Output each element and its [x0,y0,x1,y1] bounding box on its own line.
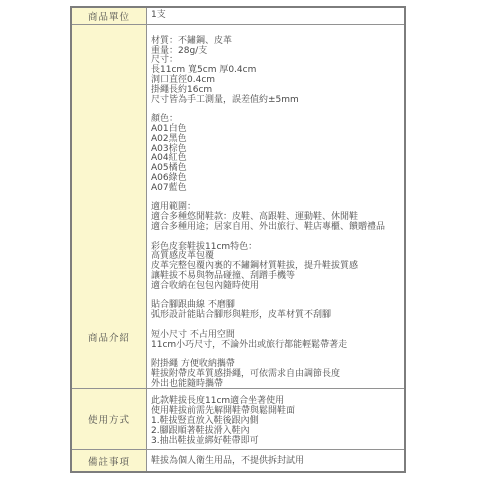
row-label-unit: 商品單位 [72,8,147,25]
row-content-unit: 1支 [147,8,404,25]
section-label: 備註事項 [88,454,130,468]
text-line [151,105,404,115]
section-label: 使用方式 [88,412,130,426]
text-line: 尺寸皆為手工測量，誤差值約±5mm [151,96,404,106]
section-label: 商品介紹 [88,330,130,344]
text-line: A04紅色 [151,154,404,164]
text-line: A03棕色 [151,145,404,155]
product-info-table: 商品單位 1支 商品介紹 材質：不鏽鋼、皮革重量：28g/支尺寸：長11cm 寬… [70,6,406,473]
text-line: A01白色 [151,125,404,135]
section-label: 商品單位 [88,9,130,23]
row-content-notes: 鞋拔為個人衛生用品，不提供拆封試用 [147,450,404,471]
row-label-usage: 使用方式 [72,389,147,450]
row-content-intro: 材質：不鏽鋼、皮革重量：28g/支尺寸：長11cm 寬5cm 厚0.4cm洞口直… [147,25,404,389]
text-line: 重量：28g/支 [151,47,404,57]
text-line: 顏色： [151,115,404,125]
text-line: 適合多種用途；居家自用、外出旅行、鞋店專櫃、饋贈禮品 [151,223,404,233]
product-description-page: { "table": { "colors": { "label_bg": "#f… [0,0,480,480]
text-line: A05橘色 [151,164,404,174]
text-line: 2.腳跟順著鞋拔滑入鞋內 [151,426,404,436]
row-label-notes: 備註事項 [72,450,147,471]
text-line: 外出也能隨時攜帶 [151,380,404,389]
text-line: A07藍色 [151,184,404,194]
row-content-usage: 此款鞋拔長度11cm適合坐著使用使用鞋拔前需先解開鞋帶與鬆開鞋面1.鞋拔豎直放入… [147,389,404,450]
text-line: 11cm小巧尺寸，不論外出或旅行都能輕鬆帶著走 [151,341,404,351]
text-line: 使用鞋拔前需先解開鞋帶與鬆開鞋面 [151,406,404,416]
text-line: A02黑色 [151,135,404,145]
text-line: 適合收納在包包內隨時使用 [151,282,404,292]
text-line: 弧形設計能貼合腳形與鞋形，皮革材質不刮腳 [151,311,404,321]
text-line: A06綠色 [151,174,404,184]
text-line: 1支 [151,10,404,20]
text-line: 1.鞋拔豎直放入鞋後跟內側 [151,416,404,426]
text-line: 此款鞋拔長度11cm適合坐著使用 [151,396,404,406]
row-label-intro: 商品介紹 [72,25,147,389]
text-line: 鞋拔為個人衛生用品，不提供拆封試用 [151,456,304,466]
text-line: 3.抽出鞋拔並綁好鞋帶即可 [151,436,404,446]
